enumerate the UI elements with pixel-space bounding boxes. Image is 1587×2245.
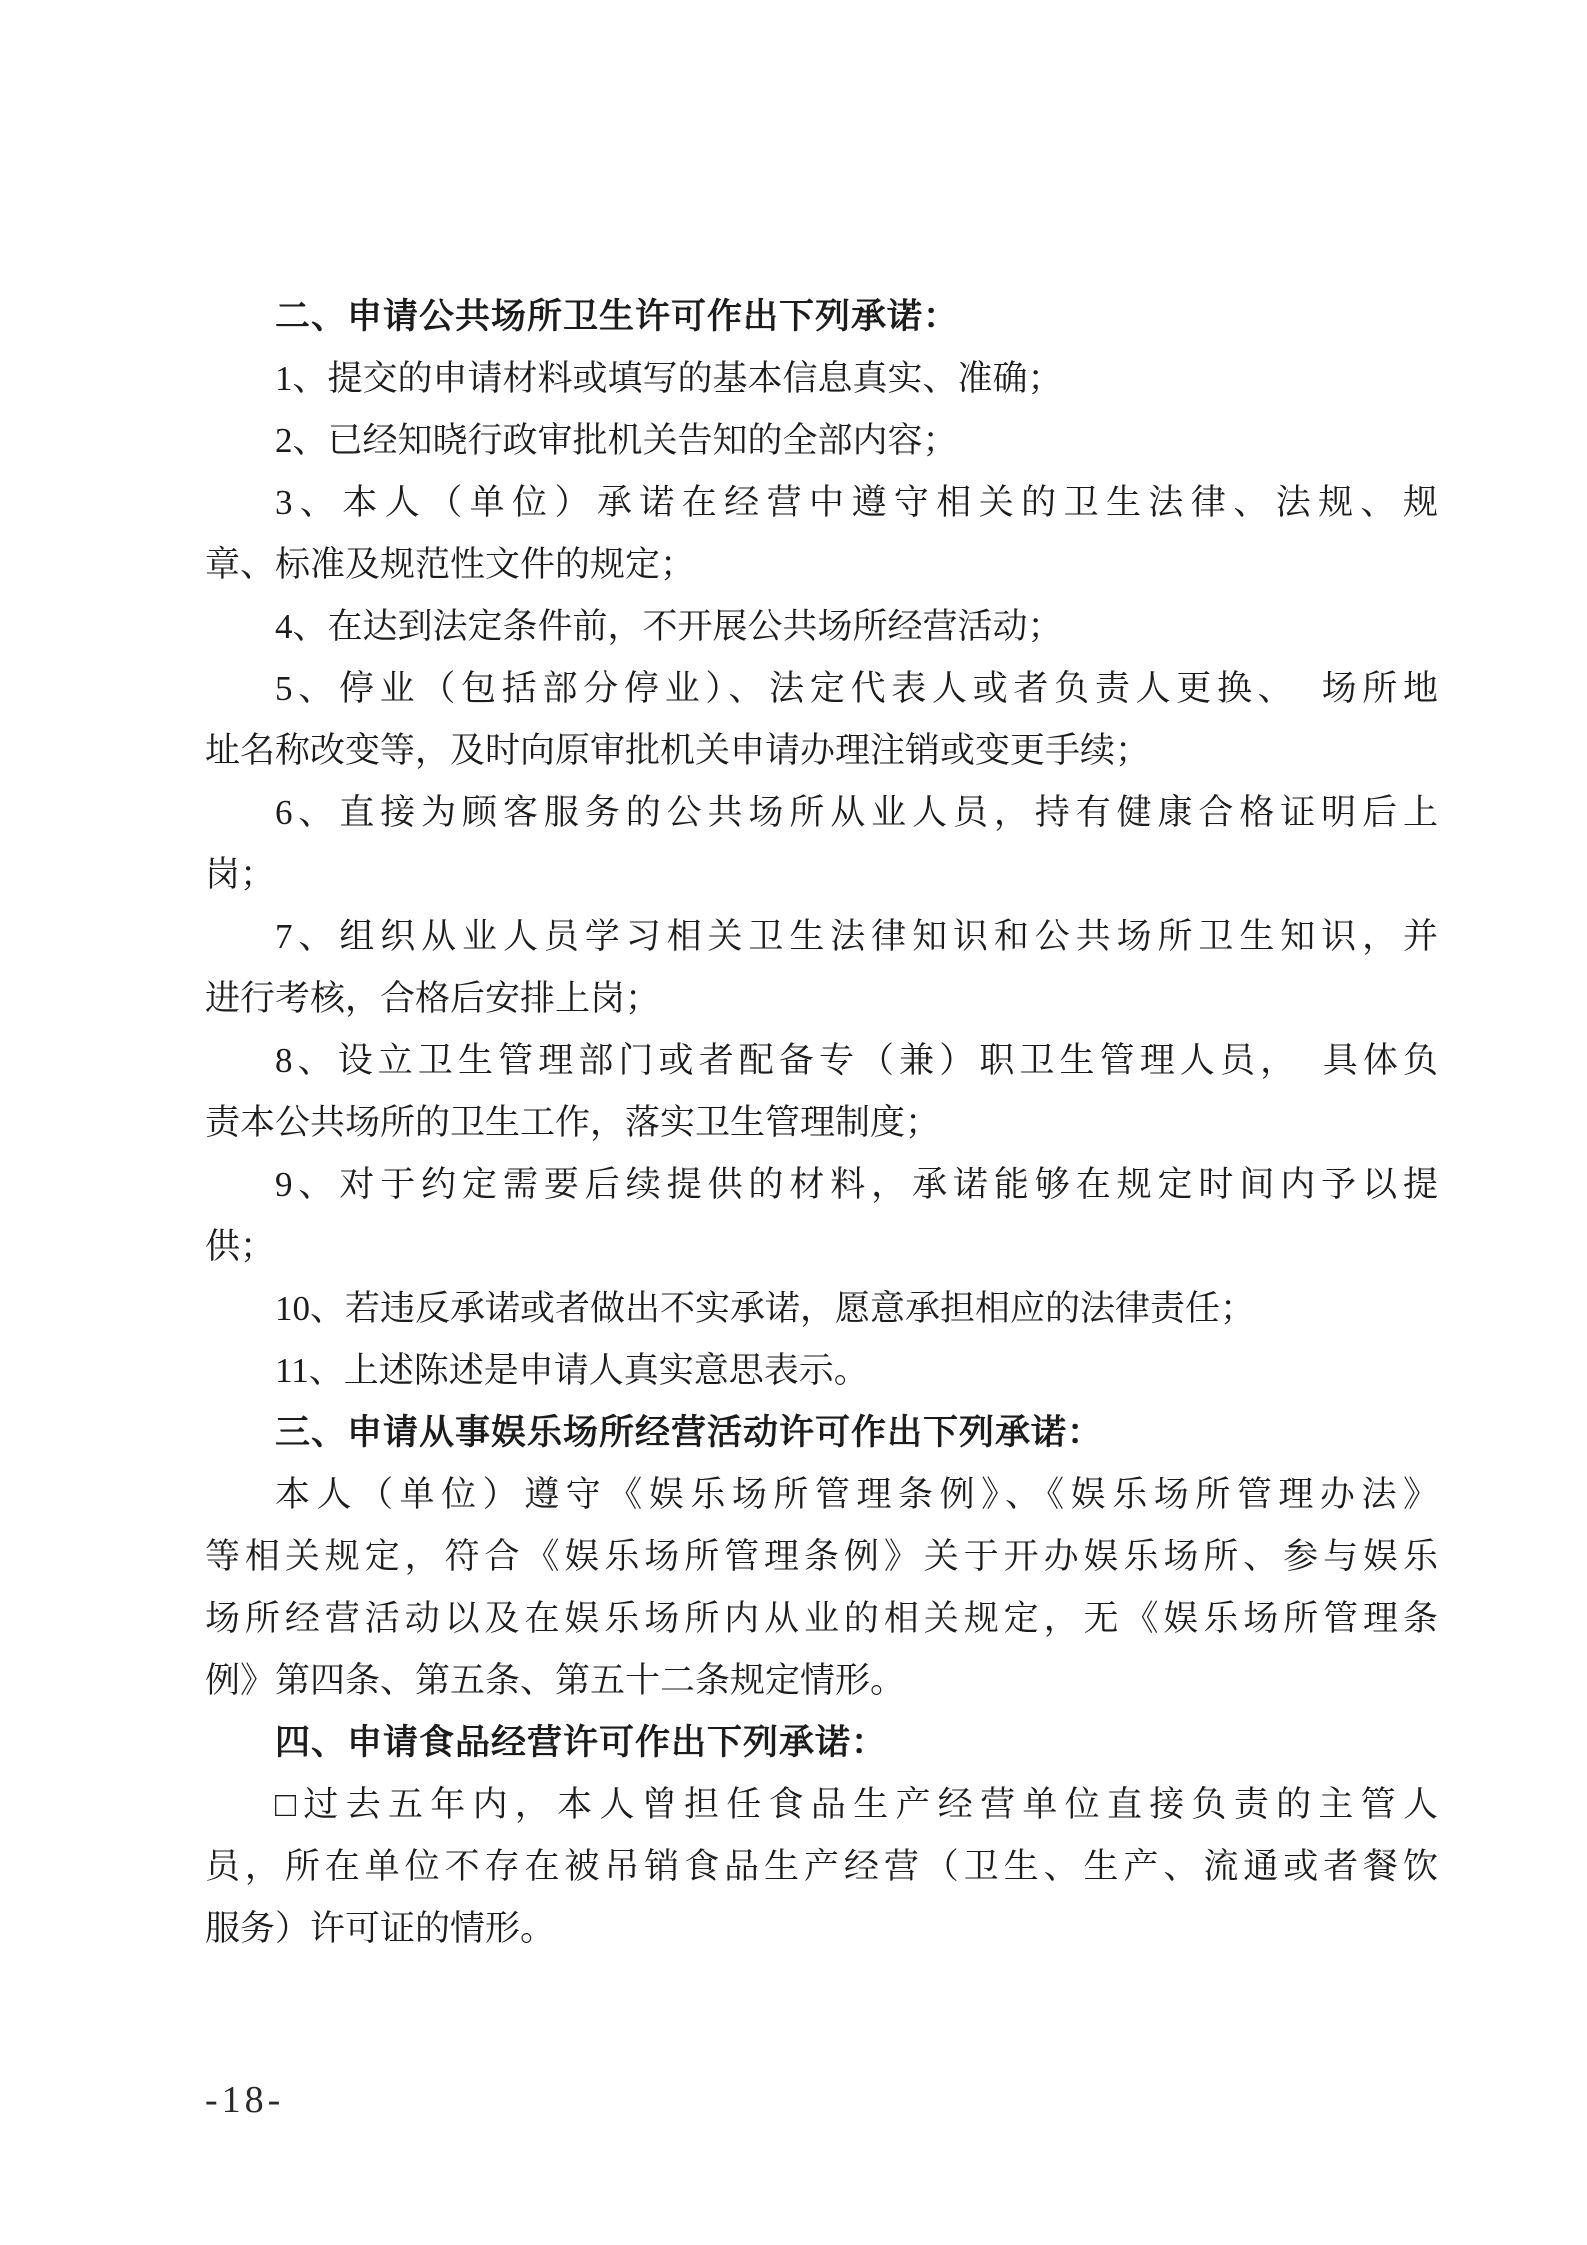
item-text: 章、标准及规范性文件的规定；	[205, 534, 1438, 596]
commitment-item-11: 11、上述陈述是申请人真实意思表示。	[205, 1340, 1438, 1402]
item-text: 8、设立卫生管理部门或者配备专（兼）职卫生管理人员， 具体负	[205, 1030, 1438, 1092]
item-text: 进行考核，合格后安排上岗；	[205, 968, 1438, 1030]
item-text: 3、本人（单位）承诺在经营中遵守相关的卫生法律、法规、规	[205, 472, 1438, 534]
body-text: 服务）许可证的情形。	[205, 1898, 1438, 1960]
body-text: 场所经营活动以及在娱乐场所内从业的相关规定，无《娱乐场所管理条	[205, 1588, 1438, 1650]
page-number: -18-	[205, 2078, 284, 2122]
item-text: 10、若违反承诺或者做出不实承诺，愿意承担相应的法律责任；	[205, 1278, 1438, 1340]
item-text: 11、上述陈述是申请人真实意思表示。	[205, 1340, 1438, 1402]
commitment-item-2: 2、已经知晓行政审批机关告知的全部内容；	[205, 410, 1438, 472]
heading-text: 二、申请公共场所卫生许可作出下列承诺：	[205, 286, 1438, 348]
item-text: 5、停业（包括部分停业）、法定代表人或者负责人更换、 场所地	[205, 658, 1438, 720]
section-heading-3: 三、申请从事娱乐场所经营活动许可作出下列承诺：	[205, 1402, 1438, 1464]
section-4-checkbox-item: □过去五年内，本人曾担任食品生产经营单位直接负责的主管人 员，所在单位不存在被吊…	[205, 1774, 1438, 1960]
commitment-item-6: 6、直接为顾客服务的公共场所从业人员，持有健康合格证明后上 岗；	[205, 782, 1438, 906]
item-text: 1、提交的申请材料或填写的基本信息真实、准确；	[205, 348, 1438, 410]
heading-text: 四、申请食品经营许可作出下列承诺：	[205, 1712, 1438, 1774]
body-text: □过去五年内，本人曾担任食品生产经营单位直接负责的主管人	[205, 1774, 1438, 1836]
item-text: 9、对于约定需要后续提供的材料，承诺能够在规定时间内予以提	[205, 1154, 1438, 1216]
item-text: 供；	[205, 1216, 1438, 1278]
item-text: 责本公共场所的卫生工作，落实卫生管理制度；	[205, 1092, 1438, 1154]
document-page: { "content": { "paragraphs": [ { "type":…	[0, 0, 1587, 2245]
section-3-body: 本人（单位）遵守《娱乐场所管理条例》、《娱乐场所管理办法》 等相关规定，符合《娱…	[205, 1464, 1438, 1712]
commitment-item-4: 4、在达到法定条件前，不开展公共场所经营活动；	[205, 596, 1438, 658]
body-text: 员，所在单位不存在被吊销食品生产经营（卫生、生产、流通或者餐饮	[205, 1836, 1438, 1898]
item-text: 址名称改变等，及时向原审批机关申请办理注销或变更手续；	[205, 720, 1438, 782]
item-text: 4、在达到法定条件前，不开展公共场所经营活动；	[205, 596, 1438, 658]
commitment-item-5: 5、停业（包括部分停业）、法定代表人或者负责人更换、 场所地 址名称改变等，及时…	[205, 658, 1438, 782]
commitment-item-7: 7、组织从业人员学习相关卫生法律知识和公共场所卫生知识，并 进行考核，合格后安排…	[205, 906, 1438, 1030]
item-text: 2、已经知晓行政审批机关告知的全部内容；	[205, 410, 1438, 472]
commitment-item-1: 1、提交的申请材料或填写的基本信息真实、准确；	[205, 348, 1438, 410]
section-heading-4: 四、申请食品经营许可作出下列承诺：	[205, 1712, 1438, 1774]
section-heading-2: 二、申请公共场所卫生许可作出下列承诺：	[205, 286, 1438, 348]
commitment-item-10: 10、若违反承诺或者做出不实承诺，愿意承担相应的法律责任；	[205, 1278, 1438, 1340]
item-text: 岗；	[205, 844, 1438, 906]
document-body: 二、申请公共场所卫生许可作出下列承诺： 1、提交的申请材料或填写的基本信息真实、…	[205, 286, 1438, 1960]
heading-text: 三、申请从事娱乐场所经营活动许可作出下列承诺：	[205, 1402, 1438, 1464]
body-text: 本人（单位）遵守《娱乐场所管理条例》、《娱乐场所管理办法》	[205, 1464, 1438, 1526]
commitment-item-8: 8、设立卫生管理部门或者配备专（兼）职卫生管理人员， 具体负 责本公共场所的卫生…	[205, 1030, 1438, 1154]
item-text: 7、组织从业人员学习相关卫生法律知识和公共场所卫生知识，并	[205, 906, 1438, 968]
commitment-item-9: 9、对于约定需要后续提供的材料，承诺能够在规定时间内予以提 供；	[205, 1154, 1438, 1278]
body-text: 例》第四条、第五条、第五十二条规定情形。	[205, 1650, 1438, 1712]
commitment-item-3: 3、本人（单位）承诺在经营中遵守相关的卫生法律、法规、规 章、标准及规范性文件的…	[205, 472, 1438, 596]
body-text: 等相关规定，符合《娱乐场所管理条例》关于开办娱乐场所、参与娱乐	[205, 1526, 1438, 1588]
item-text: 6、直接为顾客服务的公共场所从业人员，持有健康合格证明后上	[205, 782, 1438, 844]
